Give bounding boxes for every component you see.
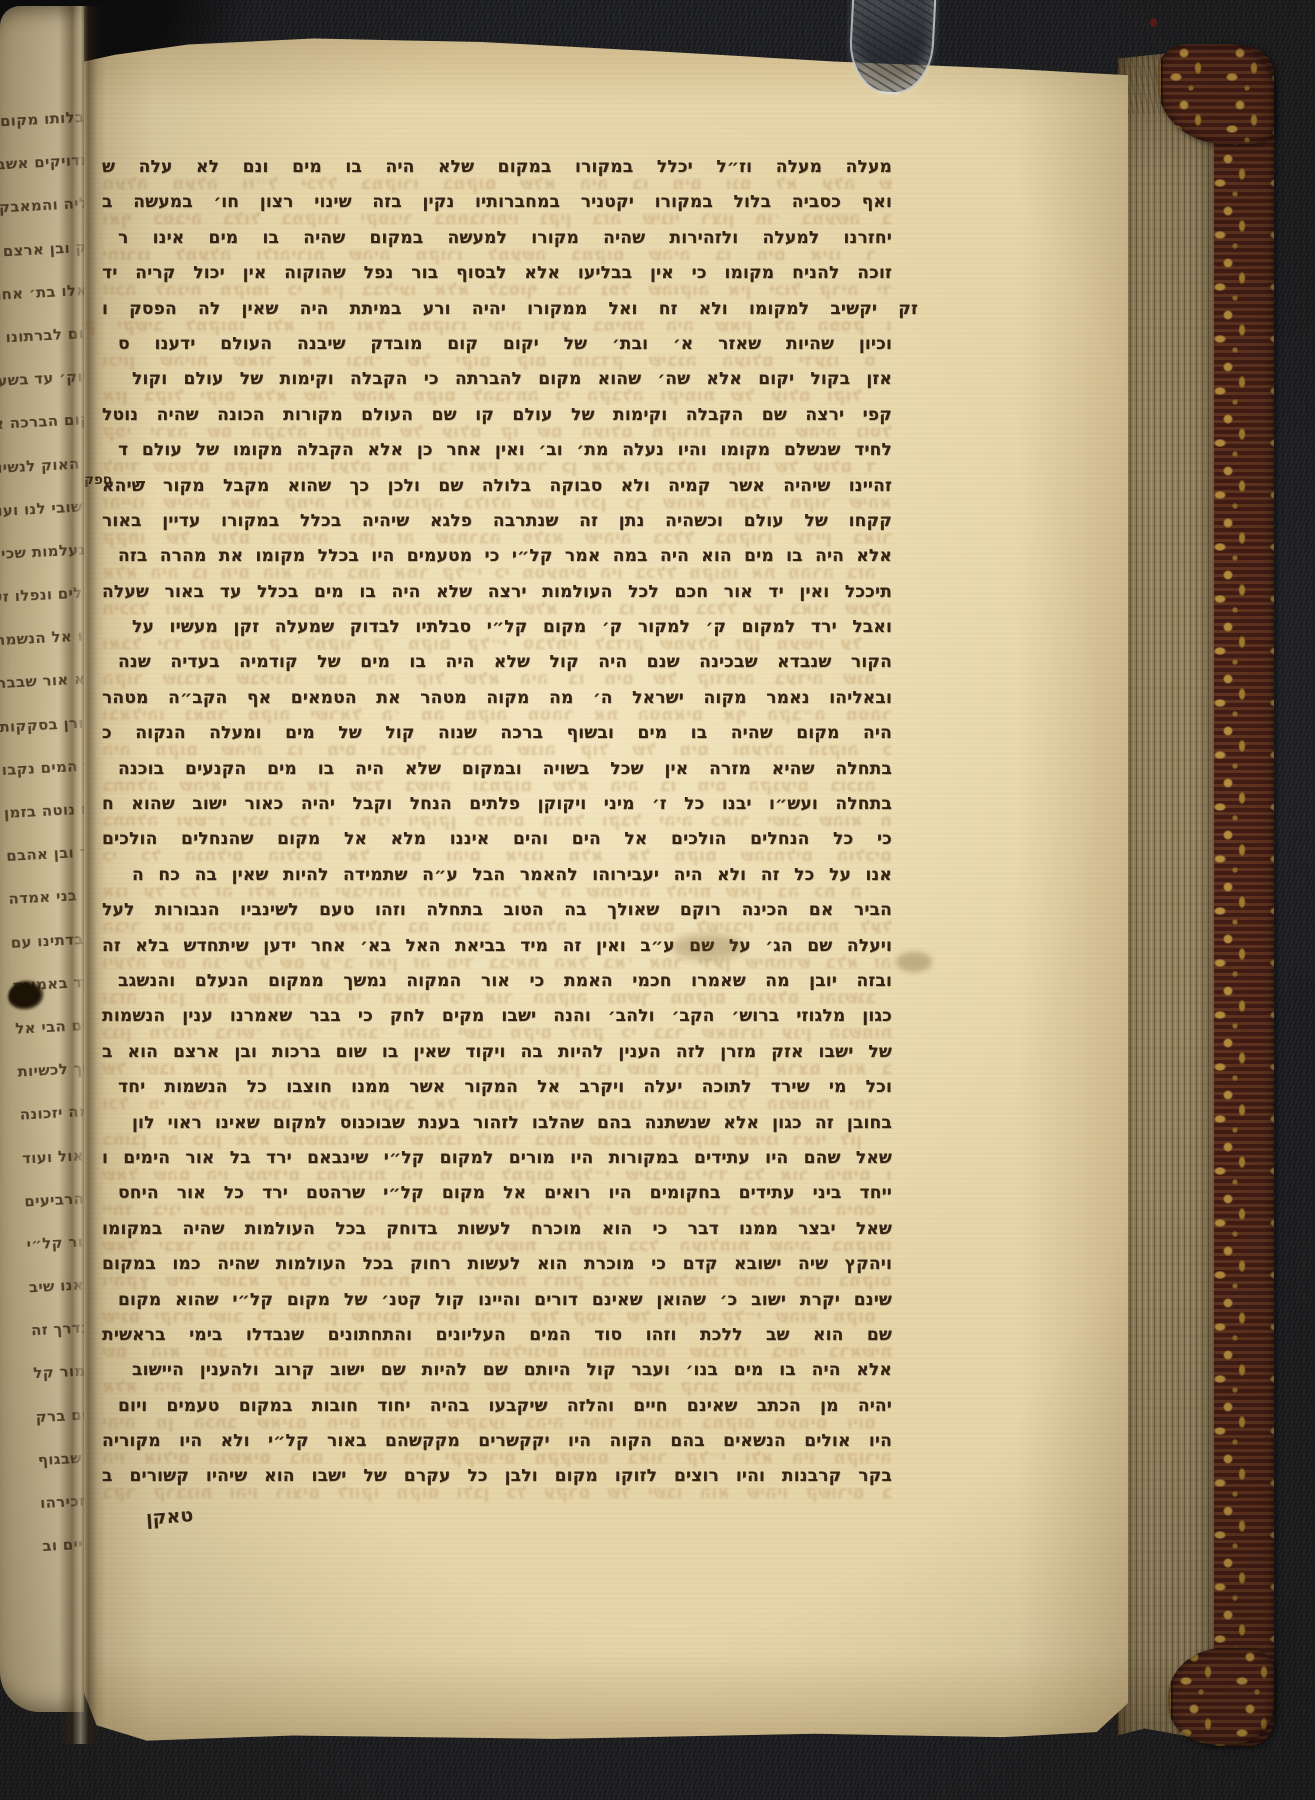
text-line: שם הוא שב ללכת וזהו סוד המים העליונים וה… — [102, 1318, 892, 1353]
text-line: וכל מי שירד לתוכה יעלה ויקרב אל המקור אש… — [102, 1070, 892, 1105]
text-line: שינם יקרת ישוב כ׳ שהואן שאינם דורים והיי… — [102, 1283, 892, 1318]
text-line: ואבל ירד למקום ק׳ למקור ק׳ מקום קל״י סבל… — [102, 610, 892, 645]
text-line: בתחלה שהיא מזרה אין שכל בשויה ובמקום שלא… — [102, 752, 892, 787]
page-block-fore-edge — [1118, 50, 1214, 1742]
text-line: אנו על כל זה ולא היה יעבירוהו להאמר הבל … — [102, 858, 892, 893]
text-line: הביר אם הכינה רוקם שאולך בה הטוב בתחלה ו… — [102, 893, 892, 928]
text-line: זהיינו שיהיה אשר קמיה ולא סבוקה בלולה שם… — [102, 469, 892, 504]
red-speck — [1150, 18, 1157, 27]
text-line: ויעלה שם הג׳ על שם ע״ב ואין זה מיד בביאת… — [102, 929, 892, 964]
text-line: ויהקץ שיה ישובא קדם כי מוכרת הוא לעשות ר… — [102, 1247, 892, 1282]
manuscript-page: מעלה מעלה וז״ל יכלל במקורו במקום שלא היה… — [84, 36, 1128, 1744]
text-line: אלא היה בו מים בנו׳ ועבר קול היותם שם לה… — [102, 1353, 892, 1388]
text-line: יהיה מן הכתב שאינם חיים והלזה שיקבעו בהי… — [102, 1389, 892, 1424]
text-line: מעלה מעלה וז״ל יכלל במקורו במקום שלא היה… — [102, 150, 892, 185]
foxing-stain — [896, 952, 932, 972]
text-line: ואף כסביה בלול במקורו יקטניר במחברותיו נ… — [102, 185, 892, 220]
text-line: הקור שנבדא שבכינה שנם היה קול שלא היה בו… — [102, 645, 892, 680]
catchword: טאקן — [145, 1504, 194, 1529]
text-line: זוכה להניח מקומו כי אין בבליעו אלא לבסוף… — [102, 256, 892, 291]
text-line: אזן בקול יקום אלא שה׳ שהוא מקום להברתה כ… — [102, 362, 892, 397]
facing-page-strip: בלותו מקום היקומדויקים אשבים וזקוליה והמ… — [0, 6, 84, 1712]
text-line: לחיד שנשלם מקומו והיו נעלה מת׳ וב׳ ואין … — [102, 433, 892, 468]
margin-note: ספק — [84, 472, 136, 488]
text-line: כי כל הנחלים הולכים אל הים והים איננו מל… — [102, 822, 892, 857]
text-line: בתחלה ועש״ו יבנו כל ז׳ מיני ויקוקן פלתים… — [102, 787, 892, 822]
text-line: וכיון שהיות שאזר א׳ ובת׳ של יקום קום מוב… — [102, 327, 892, 362]
text-line: בחובן זה כגון אלא שנשתנה בהם שהלבו לזהור… — [102, 1106, 892, 1141]
text-line: תיככל ואין יד אור חכם לכל העולמות ירצה ש… — [102, 575, 892, 610]
text-line: שאל שהם היו עתידים במקורות היו מורים למק… — [102, 1141, 892, 1176]
text-line: קקחו של עולם וכשהיה נתן זה שנתרבה פלגא ש… — [102, 504, 892, 539]
text-line: בקר קרבנות והיו רוצים לזוקו מקום ולבן כל… — [102, 1459, 892, 1494]
text-block: מעלה מעלה וז״ל יכלל במקורו במקום שלא היה… — [102, 150, 892, 1495]
text-line: ובאליהו נאמר מקוה ישראל ה׳ מה מקוה מטהר … — [102, 681, 892, 716]
text-line: היו אולים הנשאים בהם הקוה היו יקקשרים מק… — [102, 1424, 892, 1459]
text-line: קפי ירצה שם הקבלה וקימות של עולם קו שם ה… — [102, 398, 892, 433]
text-line: שאל יבצר ממנו דבר כי הוא מוכרח לעשות בדו… — [102, 1212, 892, 1247]
text-line: כגון מלגוזי ברוש׳ הקב׳ ולהב׳ והנה ישבו מ… — [102, 999, 892, 1034]
plastic-page-holder — [847, 0, 936, 96]
text-line: ובזה יובן מה שאמרו חכמי האמת כי אור המקו… — [102, 964, 892, 999]
text-line: ייחד ביני עתידים בחקומים היו רואים אל מק… — [102, 1176, 892, 1211]
manuscript-photo: בלותו מקום היקומדויקים אשבים וזקוליה והמ… — [0, 0, 1315, 1800]
text-line: אלא היה בו מים הוא היה במה אמר קל״י כי מ… — [102, 539, 892, 574]
cover-corner-bottom — [1168, 1648, 1274, 1744]
text-line: של ישבו אזק מזרן לזה הענין להיות בה ויקו… — [102, 1035, 892, 1070]
text-line: יחזרנו למעלה ולזהירות שהיה מקורו למעשה ב… — [102, 221, 892, 256]
text-line: היה מקום שהיה בו מים ובשוף ברכה שנוה קול… — [102, 716, 892, 751]
text-line: זק יקשיב למקומו ולא זח ואל ממקורו יהיה ו… — [102, 292, 918, 327]
